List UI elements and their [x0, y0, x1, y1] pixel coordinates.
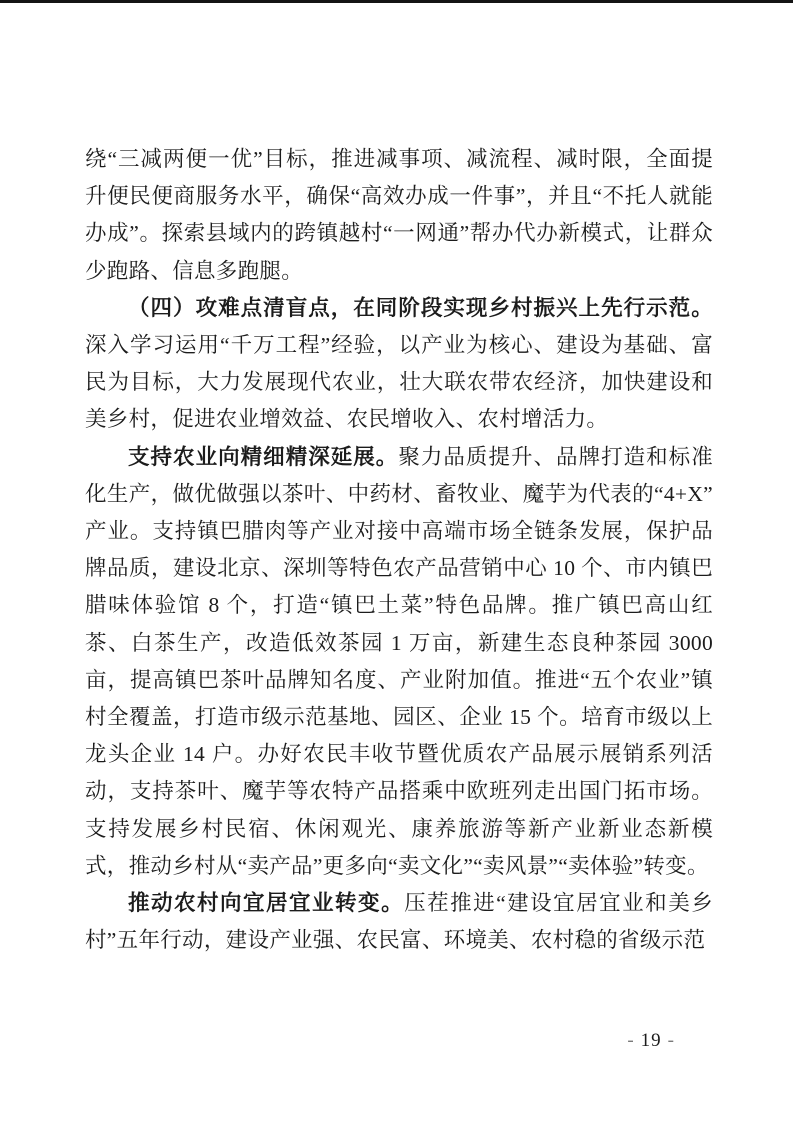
paragraph-body-text: 深入学习运用“千万工程”经验，以产业为核心、建设为基础、富民为目标，大力发展现代… — [85, 333, 713, 431]
scan-edge-line — [0, 0, 793, 3]
subsection-heading-bold: 支持农业向精细精深延展。 — [128, 445, 398, 469]
page-number-dash-left: - — [621, 1030, 640, 1051]
page-number-dash-right: - — [662, 1030, 681, 1051]
paragraph-agriculture-support: 支持农业向精细精深延展。聚力品质提升、品牌打造和标准化生产，做优做强以茶叶、中药… — [85, 439, 713, 885]
subsection-heading-bold: 推动农村向宜居宜业转变。 — [128, 891, 404, 915]
paragraph-rural-transformation: 推动农村向宜居宜业转变。压茬推进“建设宜居宜业和美乡村”五年行动，建设产业强、农… — [85, 885, 713, 959]
section-heading-bold: （四）攻难点清盲点，在同阶段实现乡村振兴上先行示范。 — [128, 296, 713, 320]
paragraph-body-text: 绕“三减两便一优”目标，推进减事项、减流程、减时限，全面提升便民便商服务水平，确… — [85, 147, 713, 283]
paragraph-section-four: （四）攻难点清盲点，在同阶段实现乡村振兴上先行示范。深入学习运用“千万工程”经验… — [85, 290, 713, 439]
paragraph-body-text: 聚力品质提升、品牌打造和标准化生产，做优做强以茶叶、中药材、畜牧业、魔芋为代表的… — [85, 445, 713, 878]
page-number: -19- — [621, 1030, 681, 1052]
document-page: 绕“三减两便一优”目标，推进减事项、减流程、减时限，全面提升便民便商服务水平，确… — [0, 0, 793, 1122]
paragraph-continuation: 绕“三减两便一优”目标，推进减事项、减流程、减时限，全面提升便民便商服务水平，确… — [85, 141, 713, 290]
page-number-value: 19 — [641, 1030, 662, 1051]
document-text-block: 绕“三减两便一优”目标，推进减事项、减流程、减时限，全面提升便民便商服务水平，确… — [85, 141, 713, 959]
